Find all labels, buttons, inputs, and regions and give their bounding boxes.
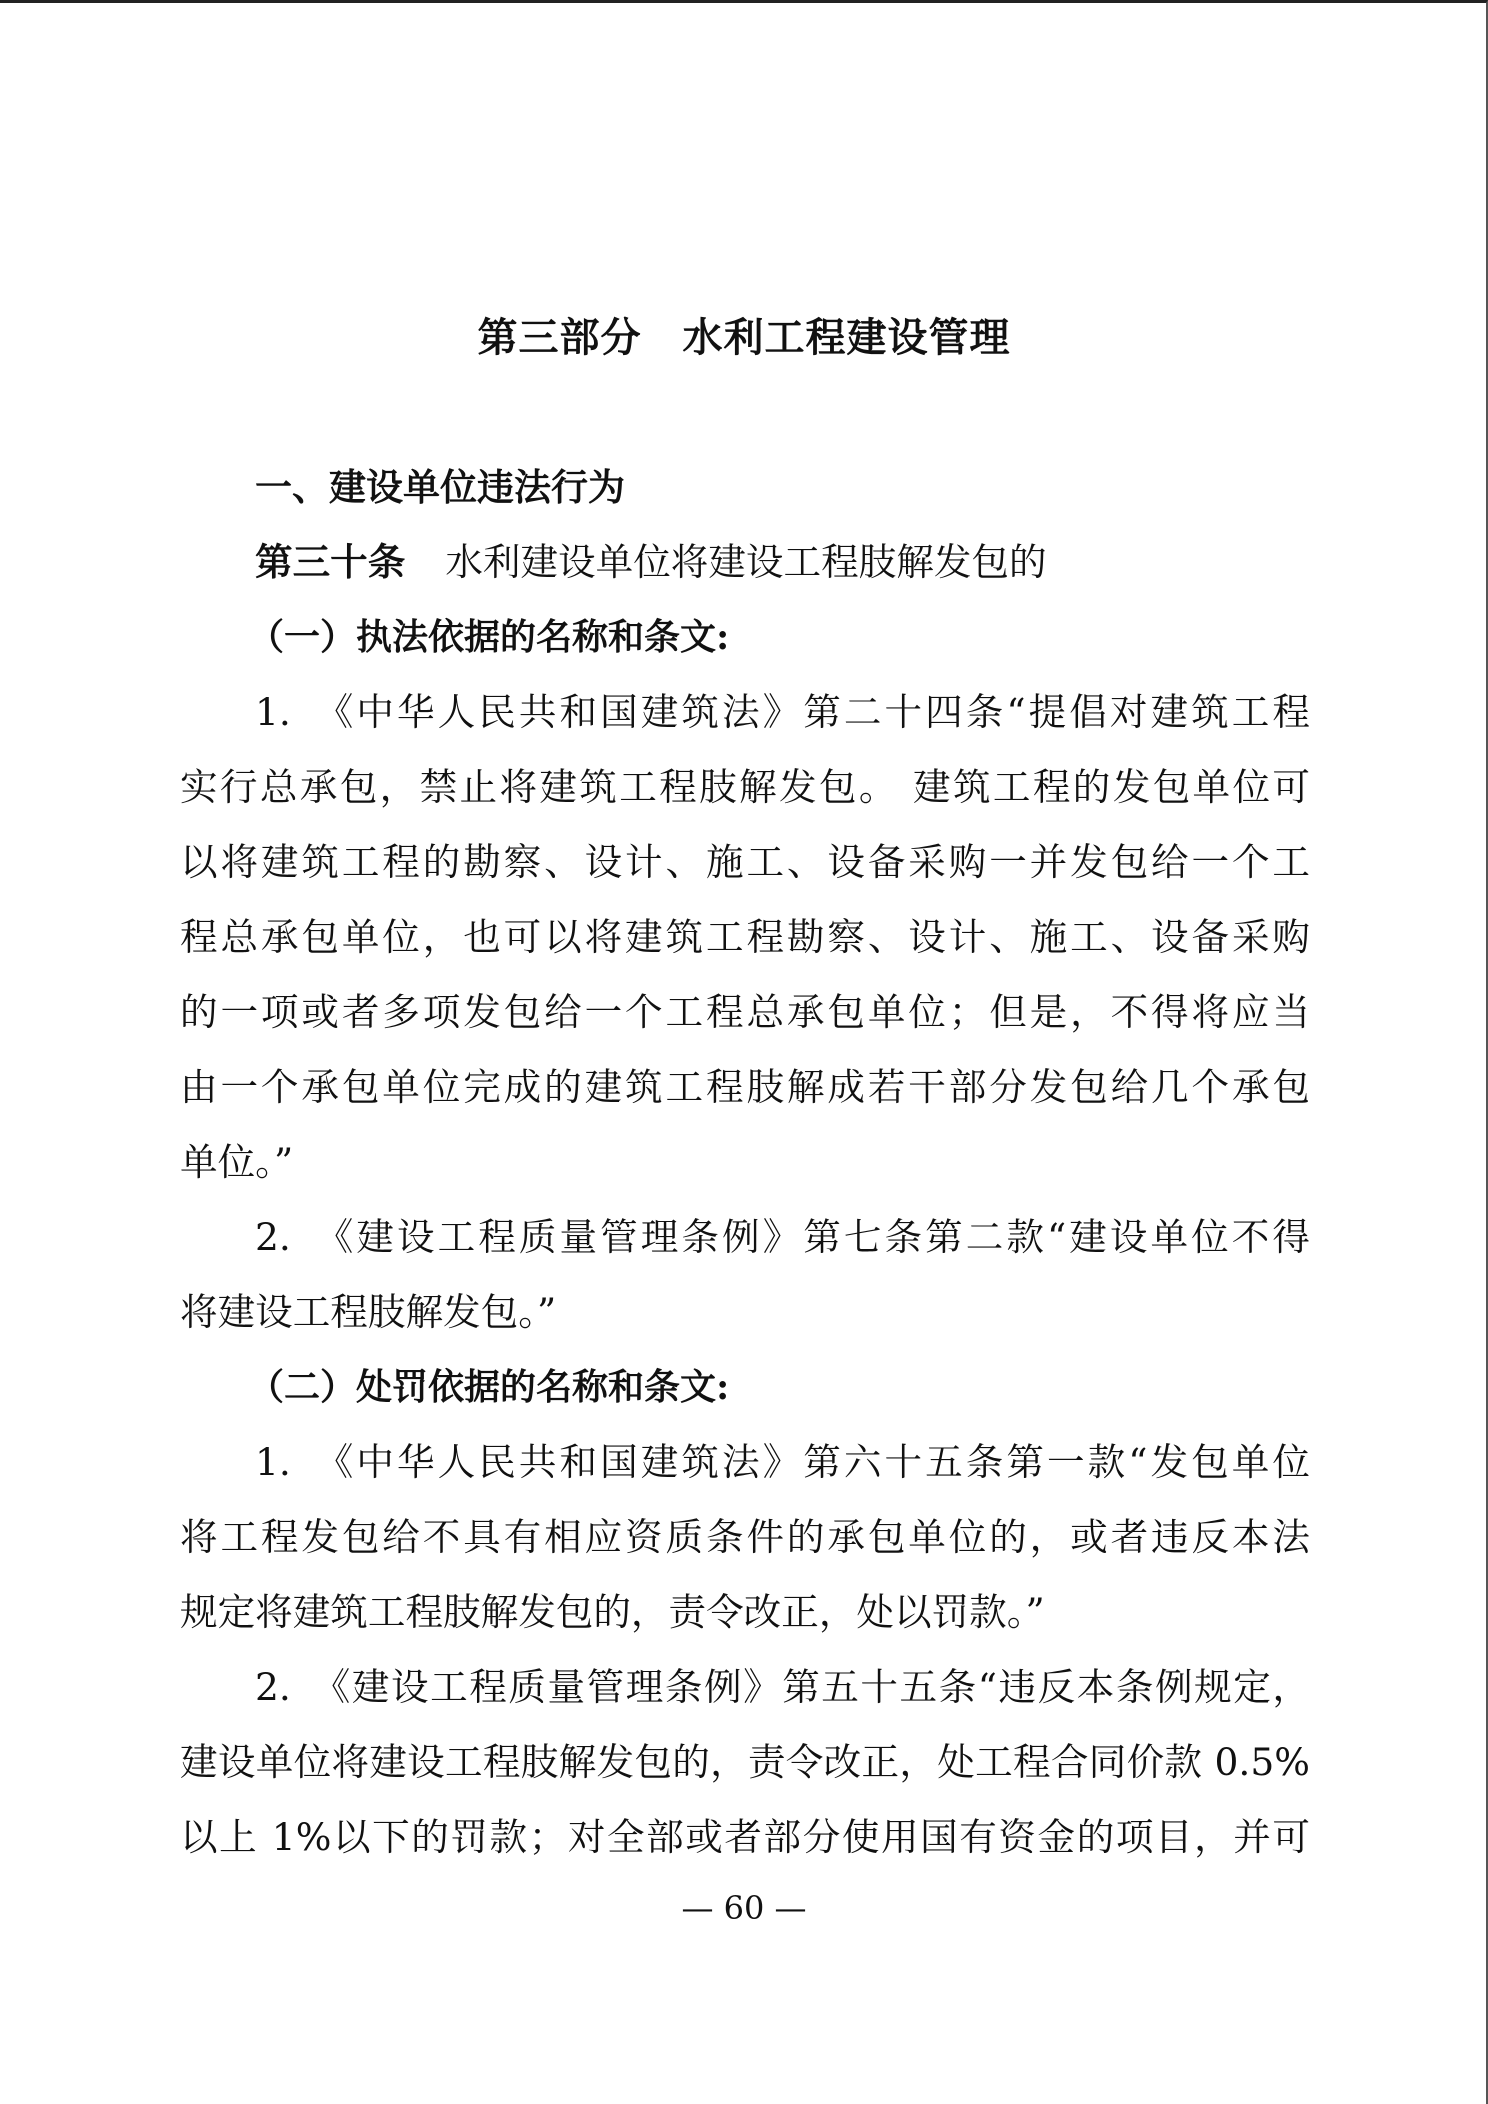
paragraph-line: 以将建筑工程的勘察、设计、施工、设备采购一并发包给一个工 (180, 825, 1310, 900)
paragraph-line: 的一项或者多项发包给一个工程总承包单位；但是，不得将应当 (180, 975, 1310, 1050)
part-title: 第三部分 水利工程建设管理 (0, 313, 1488, 363)
paragraph-line: 1. 《中华人民共和国建筑法》第二十四条“提倡对建筑工程 (255, 675, 1310, 750)
paragraph-line: 1. 《中华人民共和国建筑法》第六十五条第一款“发包单位 (255, 1425, 1310, 1500)
paragraph-line: 规定将建筑工程肢解发包的，责令改正，处以罚款。” (180, 1575, 1310, 1650)
page-number: — 60 — (0, 1888, 1488, 1928)
paragraph-line: 2. 《建设工程质量管理条例》第七条第二款“建设单位不得 (255, 1200, 1310, 1275)
paragraph-line: 实行总承包，禁止将建筑工程肢解发包。 建筑工程的发包单位可 (180, 750, 1310, 825)
subsection-heading-enforcement-basis: （一）执法依据的名称和条文: (248, 600, 1303, 675)
paragraph-line: 由一个承包单位完成的建筑工程肢解成若干部分发包给几个承包 (180, 1050, 1310, 1125)
paragraph-line: 将建设工程肢解发包。” (180, 1275, 1310, 1350)
section-heading: 一、建设单位违法行为 (255, 450, 1310, 525)
document-page: 第三部分 水利工程建设管理 一、建设单位违法行为 第三十条水利建设单位将建设工程… (0, 0, 1488, 2104)
article-title: 水利建设单位将建设工程肢解发包的 (445, 540, 1046, 584)
paragraph-line: 单位。” (180, 1125, 1310, 1200)
subsection-heading-penalty-basis: （二）处罚依据的名称和条文: (248, 1350, 1303, 1425)
paragraph-line: 程总承包单位，也可以将建筑工程勘察、设计、施工、设备采购 (180, 900, 1310, 975)
paragraph-line: 将工程发包给不具有相应资质条件的承包单位的，或者违反本法 (180, 1500, 1310, 1575)
paragraph-line: 2. 《建设工程质量管理条例》第五十五条“违反本条例规定， (255, 1650, 1310, 1725)
paragraph-line: 以上 1%以下的罚款；对全部或者部分使用国有资金的项目，并可 (180, 1800, 1310, 1875)
paragraph-line: 建设单位将建设工程肢解发包的，责令改正，处工程合同价款 0.5% (180, 1725, 1310, 1800)
article-label: 第三十条 (255, 540, 405, 584)
article-heading: 第三十条水利建设单位将建设工程肢解发包的 (255, 525, 1310, 600)
